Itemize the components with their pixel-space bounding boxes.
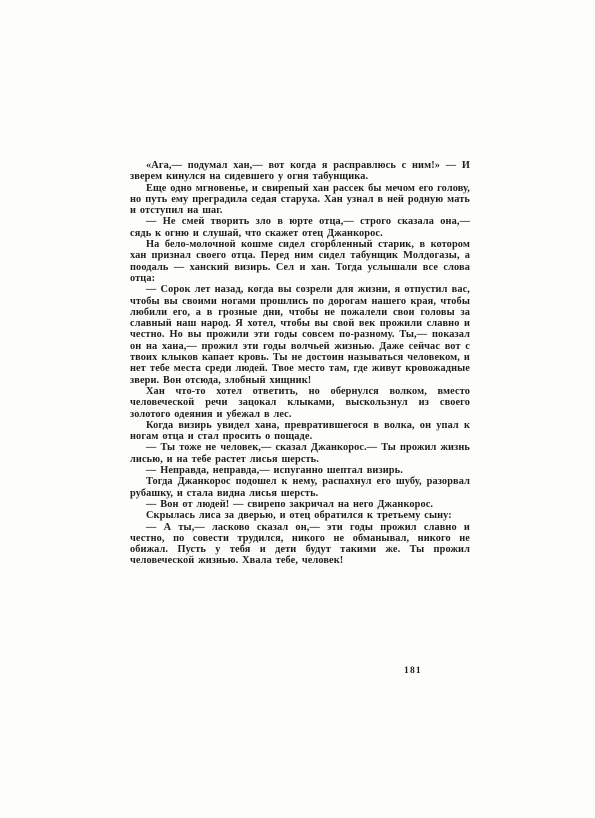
story-paragraph: Скрылась лиса за дверью, и отец обратилс… [130, 510, 470, 521]
story-paragraph: — Ты тоже не человек,— сказал Джанкорос.… [130, 442, 470, 465]
story-paragraph: — Неправда, неправда,— испуганно шептал … [130, 465, 470, 476]
story-paragraph: Еще одно мгновенье, и свирепый хан рассе… [130, 183, 470, 217]
story-paragraph: «Ага,— подумал хан,— вот когда я расправ… [130, 160, 470, 183]
page-number: 181 [404, 666, 422, 676]
story-paragraph: — Сорок лет назад, когда вы созрели для … [130, 284, 470, 386]
story-paragraph: Тогда Джанкорос подошел к нему, распахну… [130, 476, 470, 499]
story-paragraph: — А ты,— ласково сказал он,— эти годы пр… [130, 522, 470, 567]
story-paragraph: На бело-молочной кошме сидел сгорбленный… [130, 239, 470, 284]
story-paragraph: — Вон от людей! — свирепо закричал на не… [130, 499, 470, 510]
book-page-scan: «Ага,— подумал хан,— вот когда я расправ… [0, 0, 595, 818]
story-text-block: «Ага,— подумал хан,— вот когда я расправ… [130, 160, 470, 567]
story-paragraph: Хан что-то хотел ответить, но обернулся … [130, 386, 470, 420]
story-paragraph: — Не смей творить зло в юрте отца,— стро… [130, 216, 470, 239]
story-paragraph: Когда визирь увидел хана, превратившегос… [130, 420, 470, 443]
